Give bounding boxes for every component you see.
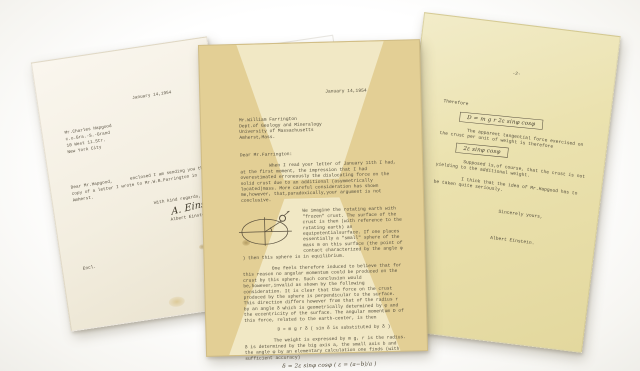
handwritten-boxed-formula: D = m g r 2ε sinφ cosφ xyxy=(459,112,543,130)
page-number: -2- xyxy=(512,70,614,88)
photograph-of-three-einstein-letters: January 14,1954 Mr.Charles Hapgood c.o.G… xyxy=(0,0,640,371)
body-paragraph-with-diagram: We imagine the rotating earth with "froz… xyxy=(241,205,404,261)
letter-middle-page-1: January 14,1954 Mr.William Farrington De… xyxy=(198,39,428,357)
closing-line: Sincerely yours, xyxy=(498,209,597,227)
typed-signature: Albert Einstein. xyxy=(490,235,594,253)
recipient-address: Mr.William Farrington Dept.of Geology an… xyxy=(239,113,422,141)
body-paragraph: One feels therefore induced to believe t… xyxy=(243,262,406,323)
body-paragraph: When I read your letter of January 11th … xyxy=(240,159,403,203)
handwritten-boxed-formula: 2ε sinφ cosφ xyxy=(455,143,508,158)
handwritten-formula: δ = 2ε sinφ cosφ ( ε = (a−b)∕a ) xyxy=(282,360,427,369)
body-paragraph: The weight is expressed by m g, r is the… xyxy=(245,334,408,361)
earth-crust-sketch-diagram xyxy=(238,210,298,249)
date-line: January 14,1954 xyxy=(325,86,420,94)
recipient-address: Mr.Charles Hapgood c.o.Gra.-S.-Grand 10 … xyxy=(64,107,220,155)
salutation: Dear Mr.Farrington: xyxy=(240,148,422,158)
typed-formula: D = m g r δ ( sin δ is substituted by δ … xyxy=(277,323,426,333)
